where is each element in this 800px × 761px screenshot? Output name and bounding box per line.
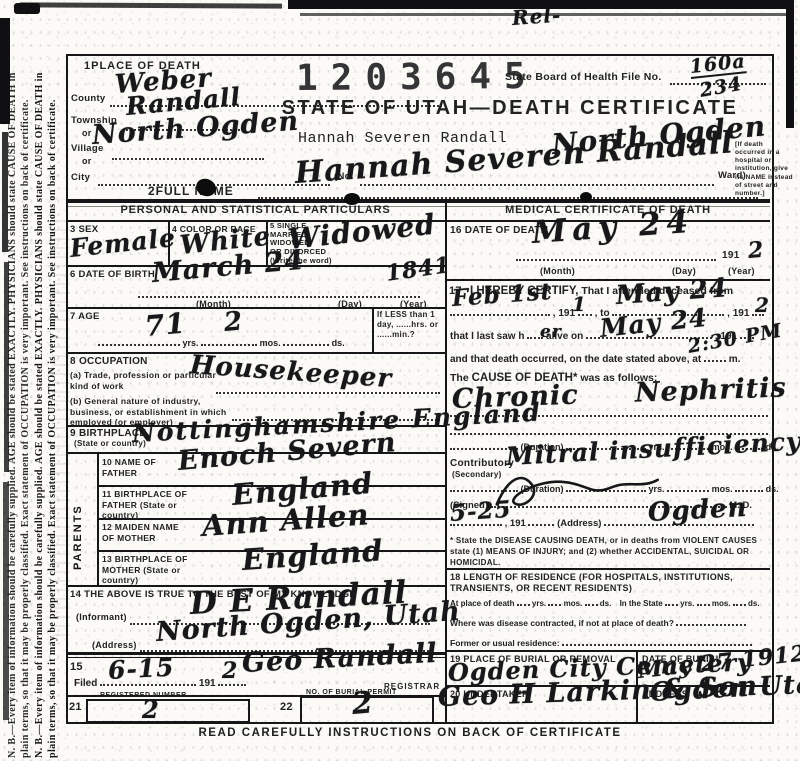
her-value: er xyxy=(540,324,562,341)
last-saw-pre: that I last saw h xyxy=(450,331,524,342)
contributory-label: Contributory xyxy=(450,458,514,469)
attended-from-value: Feb 1st xyxy=(451,280,553,310)
city-label: City xyxy=(71,172,90,183)
blank xyxy=(733,596,746,606)
full-name-label: 2FULL NAME xyxy=(148,184,234,198)
signed-address-value: Ogden xyxy=(647,495,748,526)
print-191-b: , 191 xyxy=(727,308,749,319)
age-mos-label: mos. xyxy=(260,338,281,348)
parents-label: PARENTS xyxy=(72,470,84,570)
dod-191: 191 xyxy=(722,250,740,261)
residence-label: 18 LENGTH OF RESIDENCE (FOR HOSPITALS, I… xyxy=(450,572,766,595)
dob-day-label: (Day) xyxy=(338,299,362,309)
blank xyxy=(697,596,710,606)
township-or-label: or xyxy=(82,128,92,138)
blank xyxy=(735,482,763,492)
burial-permit-value: 2 xyxy=(351,688,375,720)
file-number-stamp: 1203645 xyxy=(296,59,539,97)
blank xyxy=(676,616,746,626)
m-label: m. xyxy=(729,354,741,365)
scan-edge-left-4 xyxy=(3,482,9,720)
res-yrs-2: yrs. xyxy=(680,599,694,608)
filed-label: Filed xyxy=(74,678,97,689)
death-certificate-scan: Rel- N. B.—Every item of information sho… xyxy=(0,0,800,761)
former-residence-label: Former or usual residence: xyxy=(450,638,560,648)
informant-address-label: (Address) xyxy=(92,640,137,650)
res-ds-2: ds. xyxy=(748,599,760,608)
scan-edge-top-thin xyxy=(300,13,794,16)
dod-month-label: (Month) xyxy=(540,266,575,276)
to-year-value: 2 xyxy=(755,295,770,315)
occupation-label: 8 OCCUPATION xyxy=(70,356,148,367)
signed-address-label: (Address) xyxy=(557,518,601,529)
county-label: County xyxy=(71,93,106,104)
age-ds-label: ds. xyxy=(332,338,345,348)
scan-edge-left-2 xyxy=(2,132,8,252)
registered-number-box xyxy=(86,699,250,723)
residence-duration-line: At place of death yrs. mos. ds. In the S… xyxy=(450,596,760,608)
scan-edge-top-left xyxy=(20,2,282,8)
disease-contracted-label: Where was disease contracted, if not at … xyxy=(450,618,674,628)
blank xyxy=(665,596,678,606)
filed-date-value: 6-15 xyxy=(107,655,175,683)
blank xyxy=(585,596,598,606)
res-ds-1: ds. xyxy=(600,599,612,608)
blank xyxy=(548,596,561,606)
res-yrs-1: yrs. xyxy=(532,599,546,608)
res-mos-2: mos. xyxy=(712,599,731,608)
burial-permit-no: 22 xyxy=(280,701,293,713)
ink-blot-divider-1 xyxy=(344,193,360,205)
dur2-ds: ds. xyxy=(766,484,779,494)
age-less-note: If LESS than 1 day, ......hrs. or ......… xyxy=(377,310,441,340)
blank xyxy=(283,336,329,346)
mother-name-label: 12 MAIDEN NAME OF MOTHER xyxy=(102,522,192,543)
father-name-label: 10 NAME OF FATHER xyxy=(102,457,174,478)
res-mos-1: mos. xyxy=(564,599,583,608)
from-year-value: 1 xyxy=(572,294,587,314)
dod-year-label: (Year) xyxy=(728,266,755,276)
filed-year-value: 2 xyxy=(222,660,238,682)
blank xyxy=(528,516,554,526)
in-state-label: In the State xyxy=(620,599,663,608)
death-occurred-label: and that death occurred, on the date sta… xyxy=(450,354,701,365)
scan-edge-right xyxy=(786,0,794,128)
scan-blob-top-left xyxy=(14,3,40,14)
blank xyxy=(562,636,752,646)
filed-no: 15 xyxy=(70,661,83,673)
dur2-mos: mos. xyxy=(712,484,733,494)
blank xyxy=(517,596,530,606)
ink-blot-divider-2 xyxy=(580,192,592,202)
footer-instructions: READ CAREFULLY INSTRUCTIONS ON BACK OF C… xyxy=(160,727,660,739)
father-birthplace-label: 11 BIRTHPLACE OF FATHER (State or countr… xyxy=(102,489,188,521)
blank xyxy=(667,482,709,492)
disease-contracted-line: Where was disease contracted, if not at … xyxy=(450,616,746,628)
informant-label: (Informant) xyxy=(76,612,127,622)
age-units-line: yrs. mos. ds. xyxy=(98,336,345,348)
dod-year-value: 2 xyxy=(747,239,765,262)
dob-label: 6 DATE OF BIRTH xyxy=(70,269,155,280)
scan-edge-left-3 xyxy=(4,262,9,472)
dod-day-label: (Day) xyxy=(672,266,696,276)
filed-191: 191 xyxy=(199,678,216,689)
cause-footnote: * State the DISEASE CAUSING DEATH, or in… xyxy=(450,536,768,568)
age-label: 7 AGE xyxy=(70,311,100,322)
village-or-label: or xyxy=(82,156,92,166)
age-months-value: 2 xyxy=(223,308,244,336)
physician-signature xyxy=(491,462,665,515)
signed-date-value: 5-25 xyxy=(449,498,512,525)
scan-edge-left-1 xyxy=(0,18,10,124)
registered-number-value: 2 xyxy=(142,698,160,722)
cause-pre: The xyxy=(450,372,469,384)
margin-note-inner: N. B.—Every item of information should b… xyxy=(33,60,63,758)
age-years-value: 71 xyxy=(144,309,187,340)
scan-edge-top-right xyxy=(288,0,794,9)
mother-birthplace-label: 13 BIRTHPLACE OF MOTHER (State or countr… xyxy=(102,554,192,586)
former-residence-line: Former or usual residence: xyxy=(450,636,752,648)
margin-note-outer: N. B.—Every item of information should b… xyxy=(6,66,33,758)
attended-to-value: May 24 xyxy=(615,275,729,309)
dob-year-label: (Year) xyxy=(400,299,427,309)
registered-no: 21 xyxy=(69,701,82,713)
hospital-note: [If death occurred in a hospital or inst… xyxy=(735,141,795,198)
